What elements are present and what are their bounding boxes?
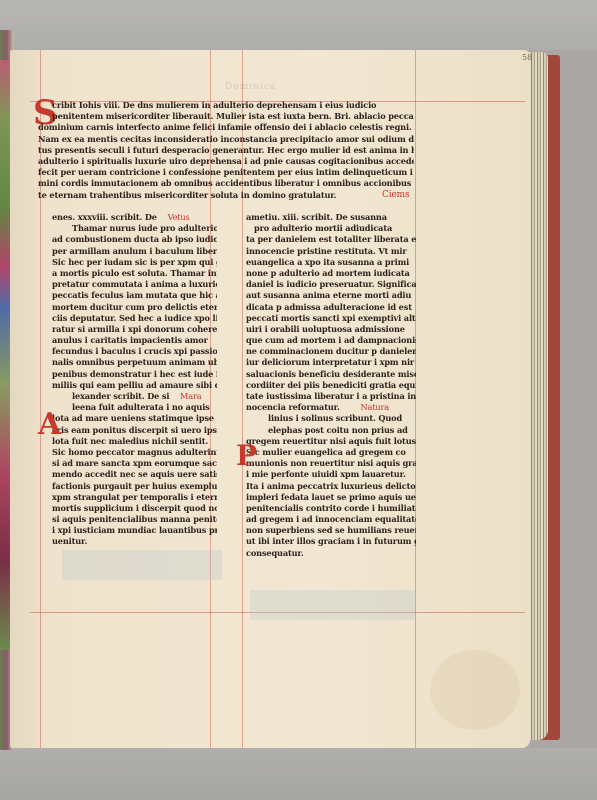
initial-p: P	[236, 442, 257, 470]
folio-number: 58	[522, 53, 532, 62]
text-line: Nam ex ea mentis cecitas inconsideratio …	[38, 134, 414, 145]
text-line: ta per danielem est totaliter liberata e…	[246, 234, 416, 245]
text-line: cordiiter dei piis benediciti gratia equ…	[246, 380, 416, 391]
text-line: mini cordis immutacionem ab omnibus acci…	[38, 178, 414, 189]
text-line: fecit per ueram contricione i confession…	[38, 167, 414, 178]
text-line: ne comminacionem ducitur p danielem qui	[246, 346, 416, 357]
left-column: enes. xxxviii. scribit. De Vetus Thamar …	[52, 212, 217, 548]
text-line: munionis non reuertitur nisi aquis gra	[246, 458, 416, 469]
text-line: si aquis penitencialibus manna penitenci…	[52, 514, 217, 525]
text-line: i xpi iusticiam mundiac lauantibus pre	[52, 525, 217, 536]
text-line: daniel is iudicio preseruatur. Significa…	[246, 279, 416, 290]
text-line: lota fuit nec maledius nichil sentit.	[52, 436, 217, 447]
text-line: mortis supplicium i discerpit quod non f…	[52, 503, 217, 514]
text-line: iur deliciorum interpretatur i xpm nir	[246, 357, 416, 368]
background-top	[0, 0, 597, 50]
initial-a: A	[38, 410, 61, 440]
text-line: lota ad mare ueniens statimque ipse sena	[52, 413, 217, 424]
rubric-label: Natura	[360, 402, 389, 412]
text-line: ut ibi inter illos graciam i in futurum …	[246, 536, 416, 547]
background-bottom	[0, 748, 597, 800]
text-line: Thamar nurus iude pro adulterio	[52, 223, 217, 234]
text-line: penitencialis contrito corde i humiliato…	[246, 503, 416, 514]
paper-stain	[430, 650, 520, 730]
text-line: pretatur commutata i anima a luxurie et	[52, 279, 217, 290]
text-line: gregem reuertitur nisi aquis fuit lotus.	[246, 436, 416, 447]
text-line: mendo accedit nec se aquis uere satis	[52, 469, 217, 480]
text-line: ad combustionem ducta ab ipso iudice fui…	[52, 234, 217, 245]
text-line: si ad mare sancta xpm eorumque sacrament…	[52, 458, 217, 469]
text-line: Sic mulier euangelica ad gregem co	[246, 447, 416, 458]
text-line: ratur si armilla i xpi donorum coherenci…	[52, 324, 217, 335]
text-line: tus presentis seculi i futuri desperacio…	[38, 145, 414, 156]
text-line: pro adulterio mortii adiudicata	[246, 223, 416, 234]
text-line: adulterio i spiritualis luxurie uiro dep…	[38, 156, 414, 167]
column-heading: enes. xxxviii. scribit. De	[52, 212, 157, 222]
text-line: miliis qui eam pelliu ad amaure sibi des…	[52, 380, 217, 391]
text-line: fecundus i baculus i crucis xpi passio	[52, 346, 217, 357]
text-line: peccati mortis sancti xpi exemptivi alte…	[246, 313, 416, 324]
text-line: uiri i orabili uoluptuosa admissione	[246, 324, 416, 335]
text-line: none p adulterio ad mortem iudicata	[246, 268, 416, 279]
paper-shade	[62, 550, 222, 580]
text-line: leena fuit adulterata i no aquis	[52, 402, 217, 413]
text-line: peccatis feculus iam mutata que hic ad	[52, 290, 217, 301]
text-line: ciis deputatur. Sed hec a iudice xpo lib…	[52, 313, 217, 324]
text-line: ad gregem i ad innocenciam equalitatem	[246, 514, 416, 525]
text-line: saluacionis beneficiu desiderante miseri	[246, 369, 416, 380]
text-line: penibus demonstratur i hec est iude i de…	[52, 369, 217, 380]
text-line: i mie perfonte uiuidi xpm lauaretur.	[246, 469, 416, 480]
rubric-label: Mara	[180, 391, 201, 401]
text-line: aut susanna anima eterne morti adiu	[246, 290, 416, 301]
text-line: tate iustissima liberatur i a pristina i…	[246, 391, 416, 402]
text-line: consequatur.	[246, 548, 416, 559]
text-line: penitentem misericorditer liberauit. Mul…	[52, 111, 414, 122]
text-line: nocencia reformatur.	[246, 402, 340, 412]
text-line: impleri fedata lauet se primo aquis uere	[246, 492, 416, 503]
paper-shade	[250, 590, 415, 620]
text-line: xpm strangulat per temporalis i eterne	[52, 492, 217, 503]
text-line: linius i solinus scribunt. Quod	[246, 413, 416, 424]
text-line: dominium carnis interfecto anime felici …	[38, 122, 414, 133]
text-line: factionis purgauit per huius exemplum	[52, 481, 217, 492]
text-line: Sic hec per iudam sic is per xpm qui gra…	[52, 257, 217, 268]
text-line: mortem ducitur cum pro delictis eternis …	[52, 302, 217, 313]
rubric-label: Vetus	[168, 212, 190, 222]
text-line: dicata p admissa adulteracione id est	[246, 302, 416, 313]
text-line: innocencie pristine restituta. Vt mir	[246, 246, 416, 257]
text-line: cribit Iohis viii. De dns mulierem in ad…	[52, 100, 414, 111]
section-heading: lexander scribit. De si	[72, 391, 169, 401]
text-line: Ita i anima peccatrix luxurieus delictor	[246, 481, 416, 492]
text-line: que cum ad mortem i ad dampnacionis pe	[246, 335, 416, 346]
text-line: anulus i caritatis impacientis amor	[52, 335, 217, 346]
text-line: a mortis piculo est soluta. Thamar inter	[52, 268, 217, 279]
text-line: cris eam ponitus discerpit si uero ipsa	[52, 425, 217, 436]
marginal-rubric: Ciems	[382, 190, 410, 201]
text-line: Sic homo peccator magnus adulterinus	[52, 447, 217, 458]
text-line: uenitur.	[52, 536, 217, 547]
text-line: te eternam trahentibus misericorditer so…	[38, 190, 414, 201]
text-line: nalis omnibus perpetuum animam ubi i o	[52, 357, 217, 368]
faint-header: Dominica	[225, 82, 276, 92]
text-line: elephas post coitu non prius ad	[246, 425, 416, 436]
text-line: euangelica a xpo ita susanna a primi	[246, 257, 416, 268]
column-heading: ametiu. xiii. scribit. De susanna	[246, 212, 416, 223]
top-paragraph: cribit Iohis viii. De dns mulierem in ad…	[52, 100, 414, 201]
text-line: per armillam anulum i baculum liberata.	[52, 246, 217, 257]
right-column: ametiu. xiii. scribit. De susanna pro ad…	[246, 212, 416, 559]
text-line: non superbiens sed se humilians reuertat…	[246, 525, 416, 536]
